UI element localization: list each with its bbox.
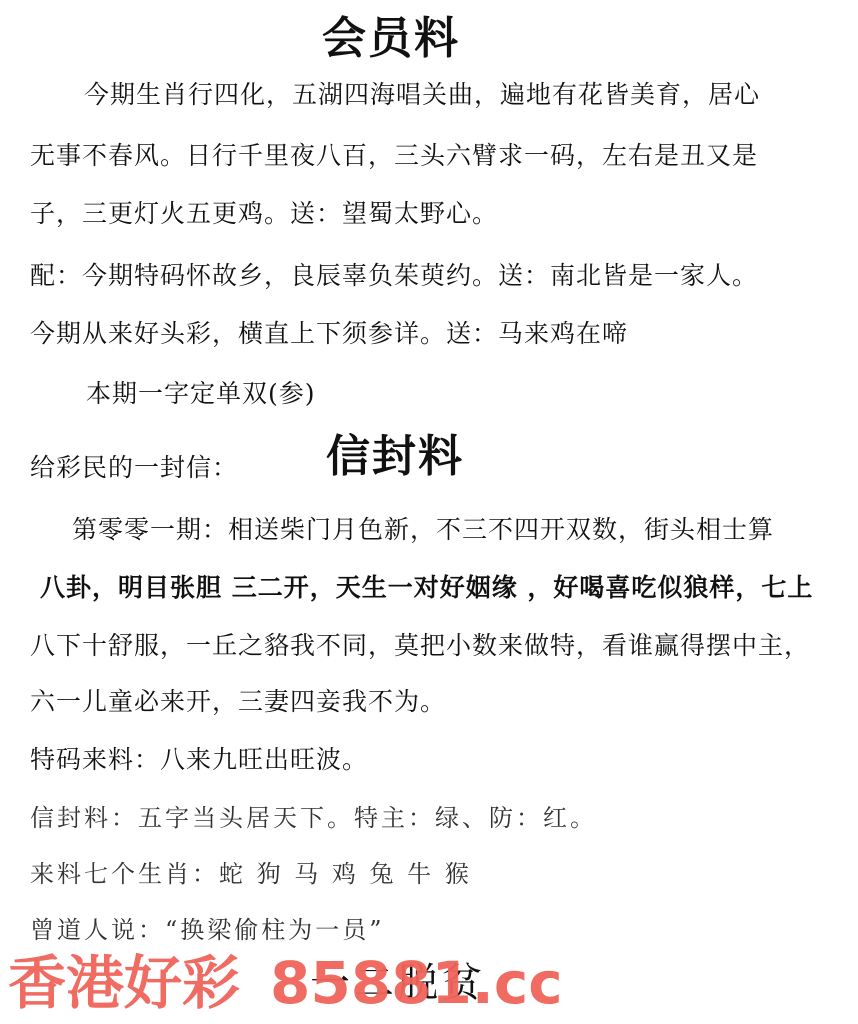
envelope-line-1: 第零零一期：相送柴门月色新，不三不四开双数，街头相士算 bbox=[72, 514, 774, 546]
saying-line: 曾道人说：“换梁偷柱为一员” bbox=[30, 914, 385, 946]
member-title: 会员料 bbox=[322, 14, 460, 64]
text-line-5: 今期从来好头彩，横直上下须参详。送：马来鸡在啼 bbox=[30, 318, 628, 350]
envelope-title: 信封料 bbox=[326, 432, 464, 482]
text-line-2: 无事不春风。日行千里夜八百，三头六臂求一码，左右是丑又是 bbox=[30, 140, 758, 172]
text-line-4: 配：今期特码怀故乡，良辰辜负茱萸约。送：南北皆是一家人。 bbox=[30, 260, 758, 292]
tema-line: 特码来料：八来九旺出旺波。 bbox=[30, 744, 368, 776]
letter-label: 给彩民的一封信： bbox=[30, 452, 238, 484]
envelope-info-line: 信封料：五字当头居天下。特主：绿、防：红。 bbox=[30, 802, 597, 834]
text-line-3: 子，三更灯火五更鸡。送：望蜀太野心。 bbox=[30, 198, 498, 230]
text-line-6: 本期一字定单双(参) bbox=[86, 378, 316, 410]
watermark: 香港好彩85881.cc bbox=[8, 948, 563, 1018]
envelope-line-2: 八卦，明目张胆 三二开，天生一对好姻缘 ，好喝喜吃似狼样，七上 bbox=[40, 572, 813, 604]
watermark-cn: 香港好彩 bbox=[8, 949, 240, 1017]
envelope-line-3: 八下十舒服，一丘之貉我不同，莫把小数来做特，看谁赢得摆中主， bbox=[30, 630, 810, 662]
text-line-1: 今期生肖行四化，五湖四海唱关曲，遍地有花皆美育，居心 bbox=[84, 79, 760, 111]
watermark-site: 85881.cc bbox=[270, 949, 563, 1017]
zodiac-line: 来料七个生肖：蛇 狗 马 鸡 兔 牛 猴 bbox=[30, 858, 472, 890]
envelope-line-4: 六一儿童必来开，三妻四妾我不为。 bbox=[30, 686, 446, 718]
